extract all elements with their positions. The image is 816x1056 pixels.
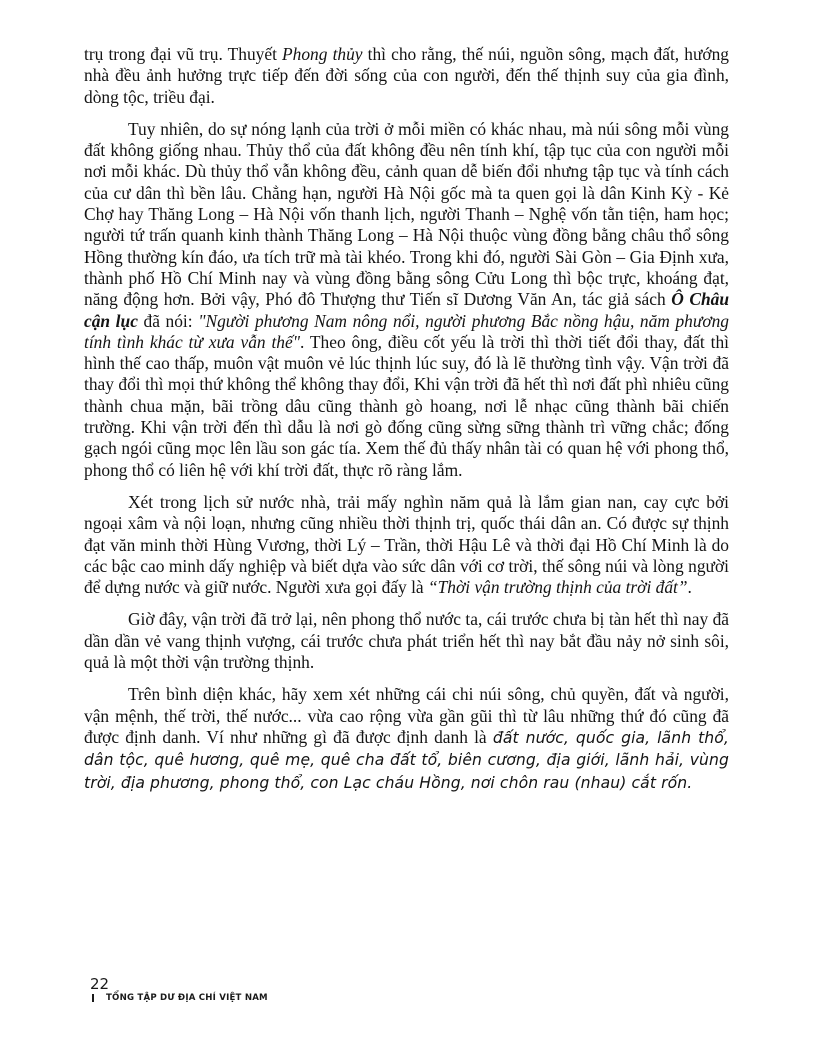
italic-quote: “Thời vận trường thịnh của trời đất” xyxy=(428,577,688,597)
page-body: trụ trong đại vũ trụ. Thuyết Phong thủy … xyxy=(84,44,729,805)
text-run: . xyxy=(688,577,692,597)
text-run: Giờ đây, vận trời đã trở lại, nên phong … xyxy=(84,609,729,672)
paragraph-4: Giờ đây, vận trời đã trở lại, nên phong … xyxy=(84,609,729,673)
italic-term: Phong thủy xyxy=(282,44,362,64)
page-footer: 22 TỔNG TẬP DƯ ĐỊA CHÍ VIỆT NAM xyxy=(90,977,109,992)
paragraph-5: Trên bình diện khác, hãy xem xét những c… xyxy=(84,684,729,793)
text-run: . Theo ông, điều cốt yếu là trời thì thờ… xyxy=(84,332,729,480)
text-run: đã nói: xyxy=(138,311,198,331)
running-footer-title: TỔNG TẬP DƯ ĐỊA CHÍ VIỆT NAM xyxy=(106,993,268,1003)
page-number-tick xyxy=(92,994,94,1002)
text-run: trụ trong đại vũ trụ. Thuyết xyxy=(84,44,282,64)
paragraph-3: Xét trong lịch sử nước nhà, trải mấy ngh… xyxy=(84,492,729,598)
paragraph-1: trụ trong đại vũ trụ. Thuyết Phong thủy … xyxy=(84,44,729,108)
text-run: Tuy nhiên, do sự nóng lạnh của trời ở mỗ… xyxy=(84,119,729,309)
page-number: 22 xyxy=(90,977,109,992)
paragraph-2: Tuy nhiên, do sự nóng lạnh của trời ở mỗ… xyxy=(84,119,729,481)
